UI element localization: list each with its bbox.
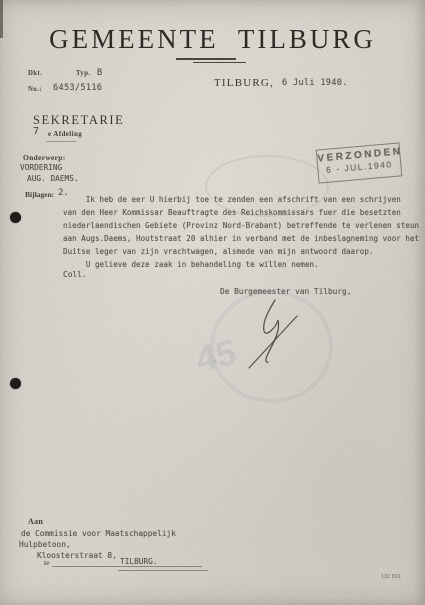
verzonden-stamp: VERZONDEN 6 - JUL.1940 bbox=[316, 142, 403, 183]
subject-line2: AUG. DAEMS. bbox=[27, 174, 79, 183]
dkt-label: Dkt. bbox=[28, 70, 42, 77]
no-label: No.: bbox=[28, 86, 42, 93]
body-paragraph: Ik heb de eer U hierbij toe te zenden ee… bbox=[63, 193, 419, 272]
address-label: Aan bbox=[28, 517, 43, 526]
letterhead-rule bbox=[176, 58, 236, 60]
punch-hole-mark bbox=[10, 212, 21, 223]
afdeling-number: 7 bbox=[33, 126, 39, 137]
place-label: TILBURG, bbox=[214, 77, 274, 89]
typ-label: Typ. bbox=[76, 70, 91, 77]
letterhead-rule-2 bbox=[193, 62, 246, 63]
afdeling-suffix: e Afdeling bbox=[48, 130, 82, 138]
afdeling-underline bbox=[46, 141, 76, 142]
no-value: 6453/5116 bbox=[53, 83, 102, 93]
punch-hole-mark bbox=[10, 378, 21, 389]
letterhead-title: GEMEENTE TILBURG bbox=[0, 24, 425, 55]
address-rule bbox=[52, 566, 202, 567]
body-line: van den Heer Kommissar Beauftragte des R… bbox=[63, 206, 419, 219]
address-line2: Hulpbetoon, bbox=[19, 540, 71, 549]
address-rule-2 bbox=[118, 570, 208, 571]
coll-note: Coll. bbox=[63, 270, 86, 279]
scanned-letter: GEMEENTE TILBURG Dkt. Typ. B No.: 6453/5… bbox=[0, 0, 425, 605]
address-te-label: te bbox=[44, 558, 49, 567]
typ-value: B bbox=[97, 68, 102, 78]
body-line: niederlaendischen Gebiete (Provinz Nord-… bbox=[63, 219, 419, 232]
department-name: SEKRETARIE bbox=[33, 113, 124, 128]
body-line: Ik heb de eer U hierbij toe te zenden ee… bbox=[63, 193, 419, 206]
address-line1: de Commissie voor Maatschappelijk bbox=[21, 529, 176, 538]
printer-code: 132 801 bbox=[381, 574, 401, 580]
body-line: Duitse leger van zijn vrachtwagen, alsme… bbox=[63, 245, 419, 258]
watermark-number: 45 bbox=[192, 331, 240, 380]
body-line: aan Augs.Daems, Houtstraat 20 alhier in … bbox=[63, 232, 419, 245]
subject-label: Onderwerp: bbox=[23, 153, 66, 162]
body-line: U gelieve deze zaak in behandeling te wi… bbox=[63, 258, 419, 271]
date-value: 6 Juli 1940. bbox=[282, 78, 348, 88]
bijlagen-label: Bijlagen: bbox=[25, 190, 54, 199]
subject-line1: VORDERING bbox=[20, 163, 62, 172]
address-city: TILBURG. bbox=[120, 557, 158, 566]
